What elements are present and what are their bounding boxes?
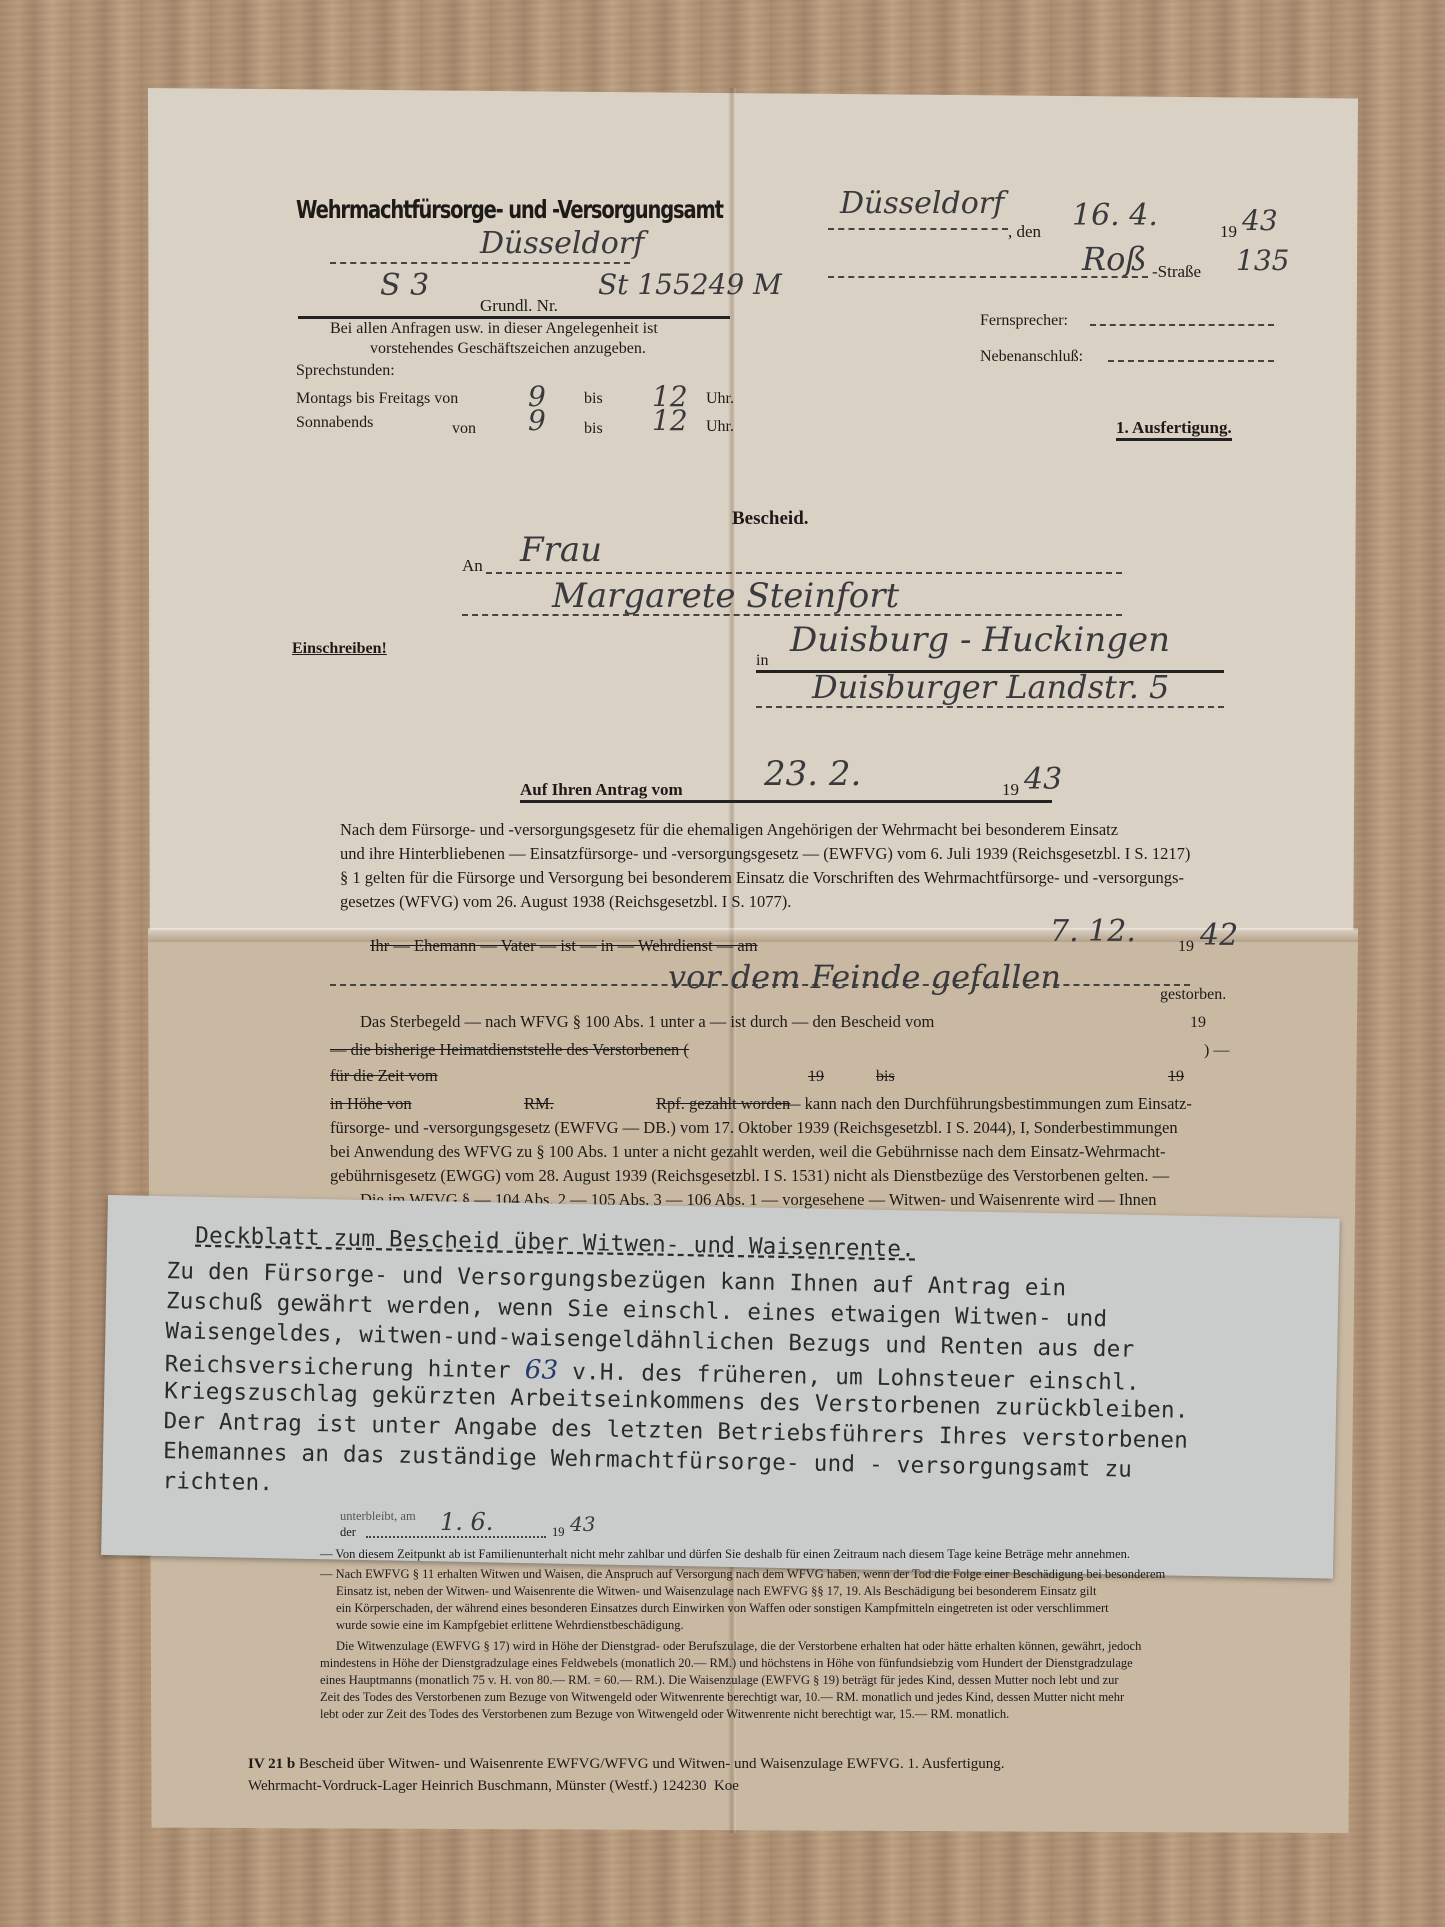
death-suffix: gestorben. — [1160, 986, 1226, 1004]
pasted-typewritten-slip: Deckblatt zum Bescheid über Witwen- und … — [101, 1195, 1340, 1579]
note-allowance-line-5: lebt oder zur Zeit des Todes des Verstor… — [320, 1706, 1009, 1723]
in-label: in — [756, 652, 768, 670]
dashed-line — [486, 572, 1122, 574]
grundl-label: Grundl. Nr. — [480, 296, 558, 316]
note-allowance-line-3: eines Hauptmanns (monatlich 75 v. H. von… — [320, 1672, 1119, 1689]
recipient-city-handwritten: Duisburg - Huckingen — [790, 620, 1170, 660]
note-ewfvg-11-line-2: Einsatz ist, neben der Witwen- und Waise… — [336, 1583, 1096, 1600]
slip-title: Deckblatt zum Bescheid über Witwen- und … — [195, 1223, 915, 1263]
footer-line-1: IV 21 b Bescheid über Witwen- und Waisen… — [248, 1756, 1005, 1773]
von-label: von — [452, 420, 476, 438]
death-year-prefix: 19 — [1178, 938, 1194, 956]
notice-line-1: Bei allen Anfragen usw. in dieser Angele… — [330, 320, 658, 338]
street-label: -Straße — [1152, 262, 1201, 282]
sterbegeld-rm: RM. — [524, 1092, 554, 1116]
note-ewfvg-11-line-1: — Nach EWFVG § 11 erhalten Witwen und Wa… — [320, 1566, 1165, 1583]
street-handwritten: Roß — [1082, 240, 1147, 278]
sterbegeld-line-4b: — kann nach den Durchführungsbestimmunge… — [784, 1092, 1192, 1116]
application-year-prefix: 19 — [1002, 780, 1019, 800]
legal-para-line-4: gesetzes (WFVG) vom 26. August 1938 (Rei… — [340, 890, 791, 914]
street-number-handwritten: 135 — [1236, 244, 1289, 277]
application-year-handwritten: 43 — [1024, 762, 1062, 797]
form-id: IV 21 b — [248, 1756, 295, 1772]
sterbegeld-line-5: fürsorge- und -versorgungsgesetz (EWFVG … — [330, 1116, 1178, 1140]
weekdays-label: Montags bis Freitags von — [296, 390, 458, 408]
sterbegeld-rpf: Rpf. gezahlt worden — [656, 1092, 790, 1116]
print-code: Koe — [714, 1778, 739, 1794]
sterbegeld-amount-label: in Höhe von — [330, 1092, 412, 1116]
bis-label-2: bis — [584, 420, 603, 438]
registered-mail-label: Einschreiben! — [292, 640, 387, 658]
den-label: , den — [1008, 222, 1041, 242]
dashed-line — [462, 614, 1122, 616]
slip-line-8: richten. — [162, 1468, 273, 1496]
dotted-line — [366, 1536, 546, 1538]
application-rule — [520, 800, 1052, 803]
reference-handwritten: S 3 — [380, 268, 429, 303]
note-family-allowance: — Von diesem Zeitpunkt ab ist Familienun… — [320, 1546, 1130, 1563]
dashed-line — [756, 706, 1224, 708]
saturday-to-handwritten: 12 — [652, 404, 688, 437]
note-ewfvg-11-line-3: ein Körperschaden, der während eines bes… — [336, 1600, 1109, 1617]
note-allowance-line-4: Zeit des Todes des Verstorbenen zum Bezu… — [320, 1689, 1124, 1706]
until-label: unterbleibt, am — [340, 1508, 416, 1525]
sterbegeld-line-3-bis: bis — [876, 1068, 895, 1086]
dashed-line — [1090, 324, 1274, 326]
uhr-label-2: Uhr. — [706, 418, 734, 436]
salutation-handwritten: Frau — [520, 530, 602, 570]
dashed-line — [828, 276, 1148, 278]
date-handwritten: 16. 4. — [1072, 198, 1158, 233]
agency-title: Wehrmachtfürsorge- und -Versorgungsamt — [296, 195, 723, 224]
sterbegeld-year: 19 — [1190, 1014, 1206, 1032]
recipient-name-handwritten: Margarete Steinfort — [552, 576, 899, 616]
sterbegeld-line-3-end: 19 — [1168, 1068, 1184, 1086]
recipient-street-handwritten: Duisburger Landstr. 5 — [812, 668, 1169, 706]
dashed-line — [330, 262, 630, 264]
print-number: 124230 — [661, 1778, 706, 1794]
sterbegeld-line-3-mid: 19 — [808, 1068, 824, 1086]
extension-label: Nebenanschluß: — [980, 348, 1083, 366]
death-year-handwritten: 42 — [1200, 918, 1238, 953]
note-ewfvg-11-line-4: wurde sowie eine im Kampfgebiet erlitten… — [336, 1617, 684, 1634]
dashed-line — [1108, 360, 1274, 362]
death-line-prefix: Ihr — Ehemann — Vater — ist — in — Wehrd… — [370, 934, 758, 958]
sterbegeld-line-1: Das Sterbegeld — nach WFVG § 100 Abs. 1 … — [360, 1010, 934, 1034]
copy-label: 1. Ausfertigung. — [1116, 418, 1232, 441]
phone-label: Fernsprecher: — [980, 312, 1068, 330]
percent-handwritten: 63 — [524, 1355, 558, 1386]
agency-city-handwritten: Düsseldorf — [480, 226, 644, 261]
death-cause-handwritten: vor dem Feinde gefallen — [668, 958, 1061, 996]
legal-para-line-3: § 1 gelten für die Fürsorge und Versorgu… — [340, 866, 1184, 890]
uhr-label: Uhr. — [706, 390, 734, 408]
year-prefix: 19 — [1220, 222, 1237, 242]
end-year-prefix: 19 — [552, 1524, 565, 1541]
sterbegeld-line-3: für die Zeit vom — [330, 1064, 438, 1088]
footer-line-2: Wehrmacht-Vordruck-Lager Heinrich Buschm… — [248, 1778, 739, 1795]
header-rule — [298, 316, 730, 319]
legal-para-line-2: und ihre Hinterbliebenen — Einsatzfürsor… — [340, 842, 1190, 866]
notice-line-2: vorstehendes Geschäftszeichen anzugeben. — [370, 340, 646, 358]
sterbegeld-line-6: bei Anwendung des WFVG zu § 100 Abs. 1 u… — [330, 1140, 1166, 1164]
place-city-handwritten: Düsseldorf — [840, 186, 1004, 221]
dashed-line — [828, 228, 1008, 230]
der-label: der — [340, 1524, 356, 1541]
office-hours-label: Sprechstunden: — [296, 362, 395, 380]
grundl-number-handwritten: St 155249 M — [598, 268, 782, 301]
end-year-handwritten: 43 — [570, 1512, 595, 1536]
year-handwritten: 43 — [1242, 204, 1278, 237]
note-allowance-line-1: Die Witwenzulage (EWFVG § 17) wird in Hö… — [336, 1638, 1141, 1655]
sterbegeld-line-2-end: ) — — [1204, 1042, 1229, 1060]
bis-label: bis — [584, 390, 603, 408]
saturday-label: Sonnabends — [296, 414, 373, 432]
an-label: An — [462, 556, 483, 576]
sterbegeld-line-2: — die bisherige Heimatdienststelle des V… — [330, 1038, 689, 1062]
sterbegeld-line-7: gebührnisgesetz (EWGG) vom 28. August 19… — [330, 1164, 1169, 1188]
saturday-from-handwritten: 9 — [528, 404, 546, 437]
note-allowance-line-2: mindestens in Höhe der Dienstgradzulage … — [320, 1655, 1133, 1672]
application-date-handwritten: 23. 2. — [764, 754, 861, 794]
end-date-handwritten: 1. 6. — [440, 1508, 493, 1536]
document-title: Bescheid. — [732, 508, 809, 530]
form-description: Bescheid über Witwen- und Waisenrente EW… — [299, 1756, 1005, 1772]
death-date-handwritten: 7. 12. — [1050, 914, 1136, 949]
application-label: Auf Ihren Antrag vom — [520, 780, 683, 800]
legal-para-line-1: Nach dem Fürsorge- und -versorgungsgeset… — [340, 818, 1118, 842]
printer-name: Wehrmacht-Vordruck-Lager Heinrich Buschm… — [248, 1778, 658, 1794]
